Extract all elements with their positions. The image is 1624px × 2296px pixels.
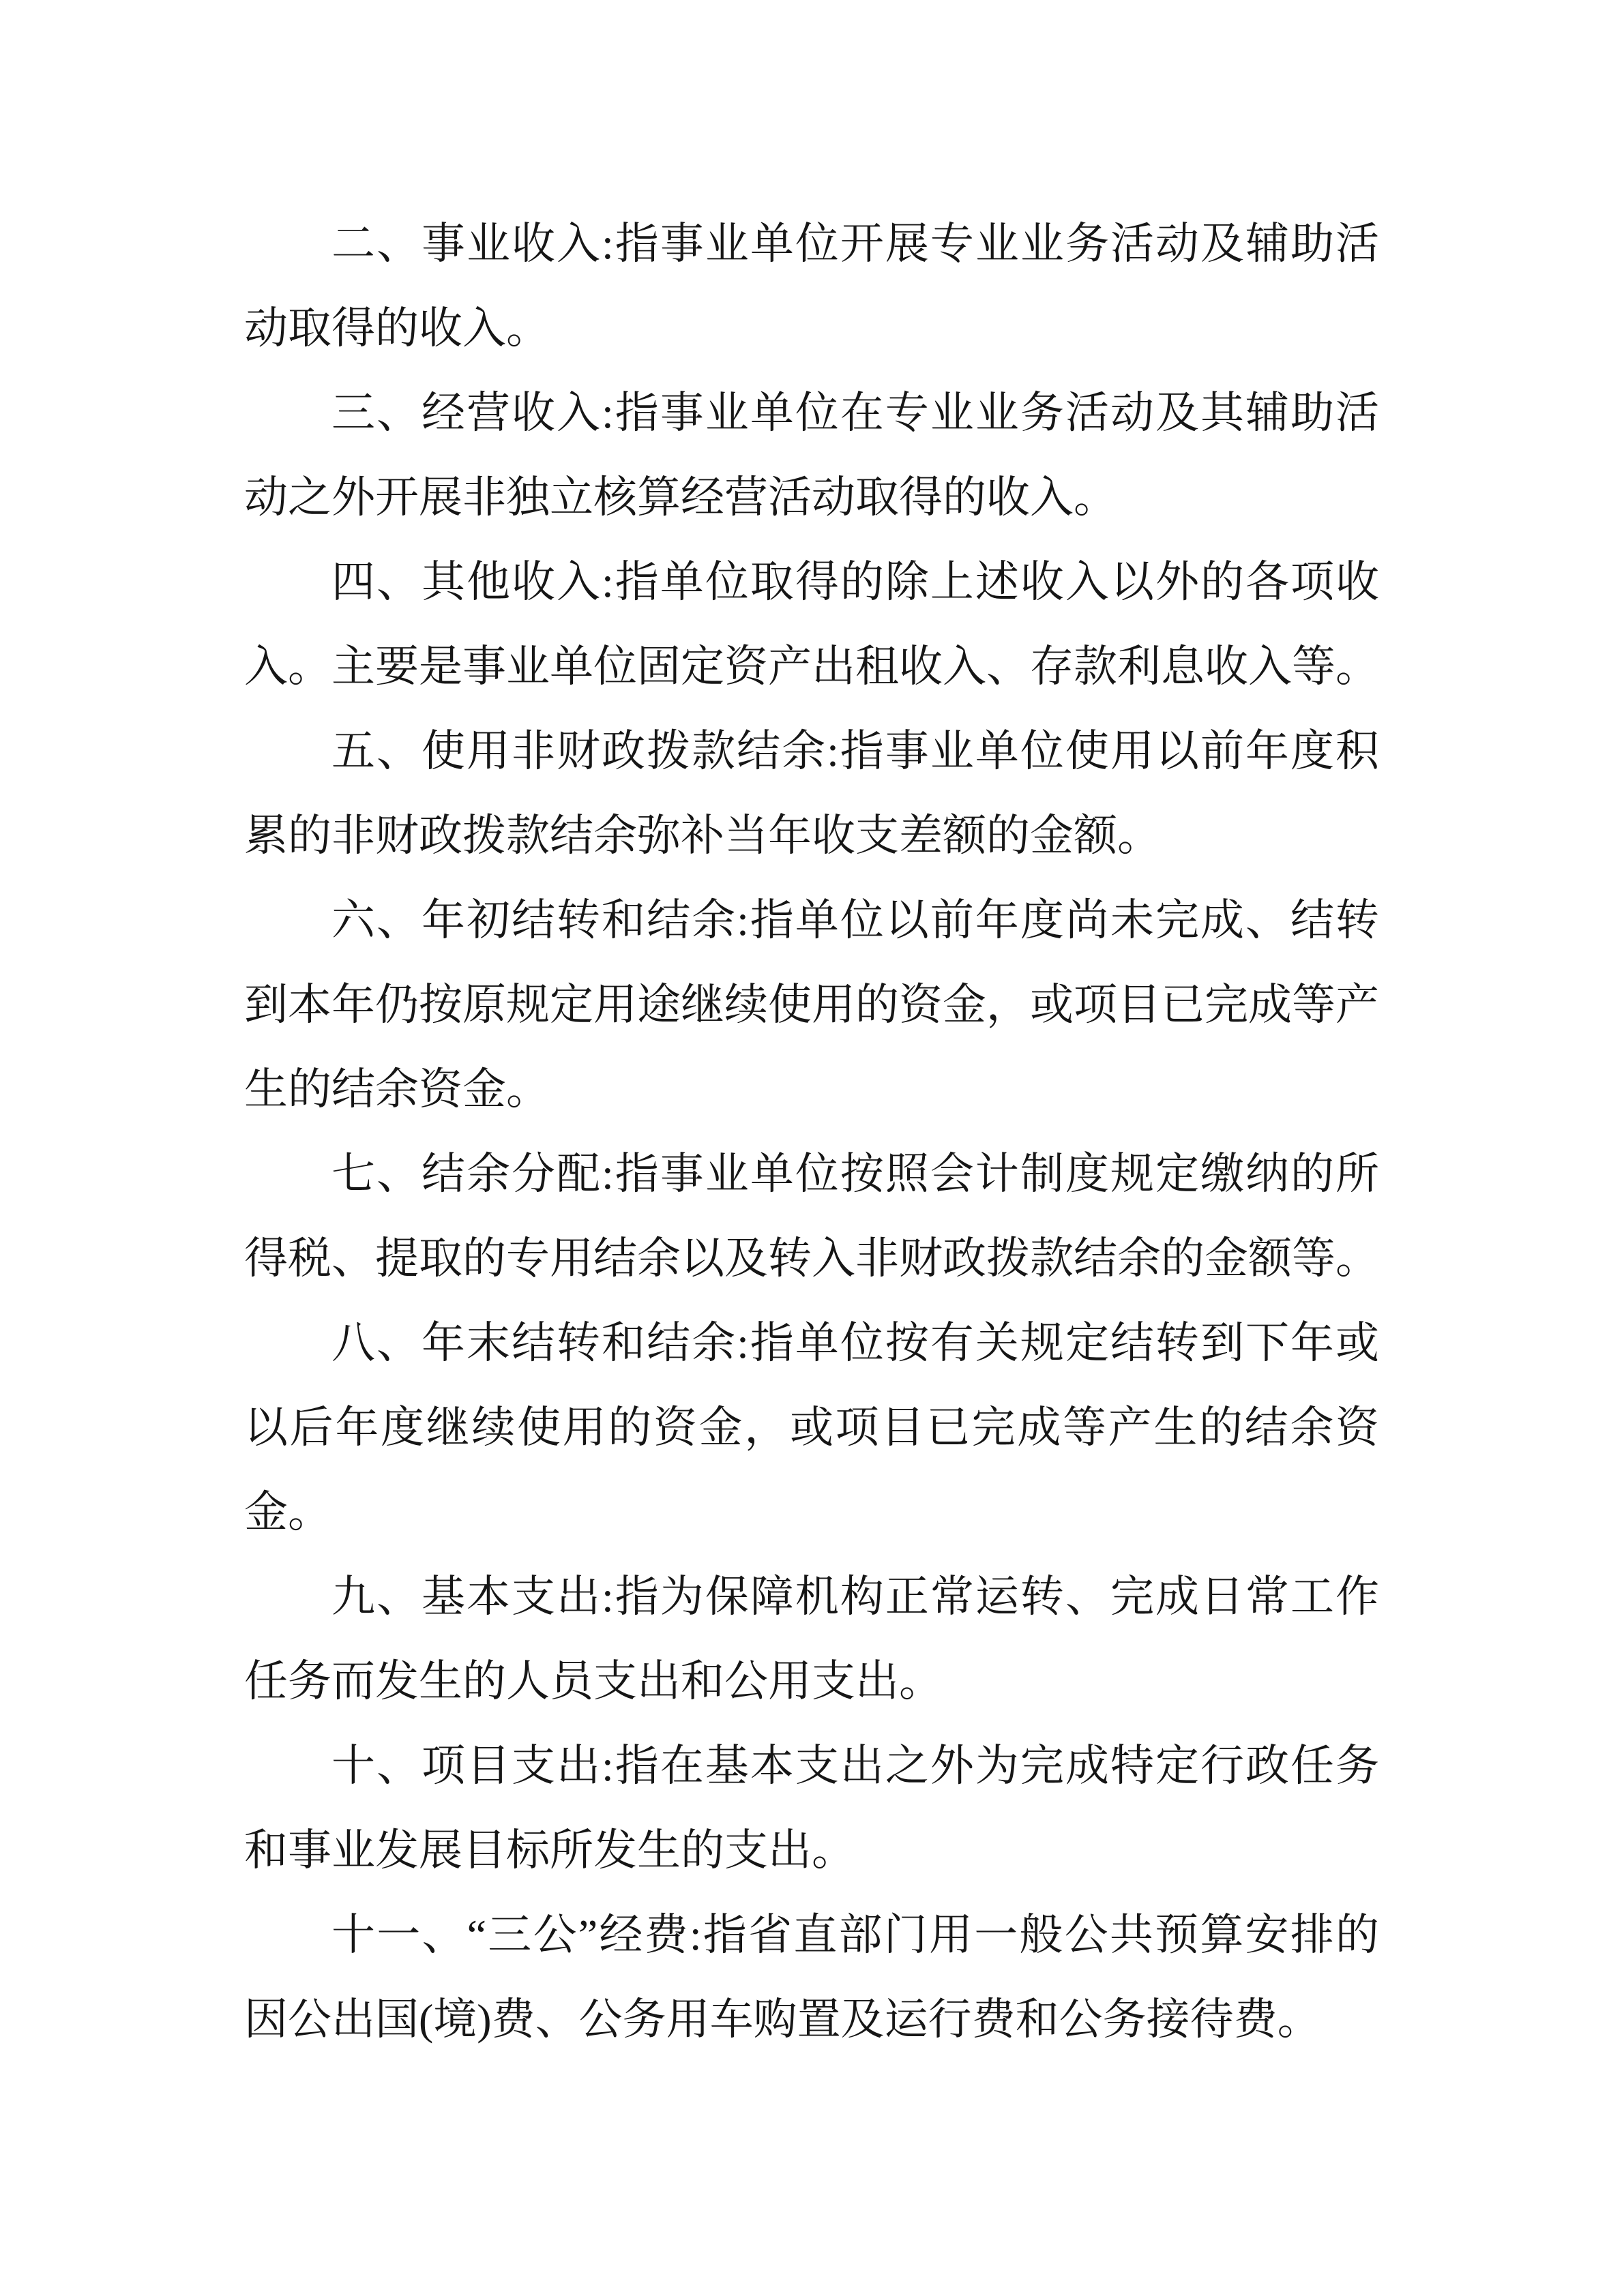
document-page: 二、事业收入:指事业单位开展专业业务活动及辅助活动取得的收入。 三、经营收入:指… [0, 0, 1624, 2296]
paragraph-xiangmu-zhichu: 十、项目支出:指在基本支出之外为完成特定行政任务和事业发展目标所发生的支出。 [244, 1724, 1379, 1893]
paragraph-shiye-shouru: 二、事业收入:指事业单位开展专业业务活动及辅助活动取得的收入。 [244, 202, 1379, 371]
paragraph-jingying-shouru: 三、经营收入:指事业单位在专业业务活动及其辅助活动之外开展非独立核算经营活动取得… [244, 371, 1379, 540]
paragraph-sangong-jingfei: 十一、“三公”经费:指省直部门用一般公共预算安排的因公出国(境)费、公务用车购置… [244, 1893, 1379, 2062]
paragraph-jieyu-fenpei: 七、结余分配:指事业单位按照会计制度规定缴纳的所得税、提取的专用结余以及转入非财… [244, 1132, 1379, 1301]
paragraph-jiben-zhichu: 九、基本支出:指为保障机构正常运转、完成日常工作任务而发生的人员支出和公用支出。 [244, 1555, 1379, 1724]
paragraph-nianmo-jiezhuan: 八、年末结转和结余:指单位按有关规定结转到下年或以后年度继续使用的资金，或项目已… [244, 1301, 1379, 1555]
paragraph-feicaizheng-jieyu: 五、使用非财政拨款结余:指事业单位使用以前年度积累的非财政拨款结余弥补当年收支差… [244, 709, 1379, 878]
paragraph-nianchu-jiezhuan: 六、年初结转和结余:指单位以前年度尚未完成、结转到本年仍按原规定用途继续使用的资… [244, 878, 1379, 1132]
document-body: 二、事业收入:指事业单位开展专业业务活动及辅助活动取得的收入。 三、经营收入:指… [244, 202, 1379, 2062]
paragraph-qita-shouru: 四、其他收入:指单位取得的除上述收入以外的各项收入。主要是事业单位固定资产出租收… [244, 540, 1379, 709]
